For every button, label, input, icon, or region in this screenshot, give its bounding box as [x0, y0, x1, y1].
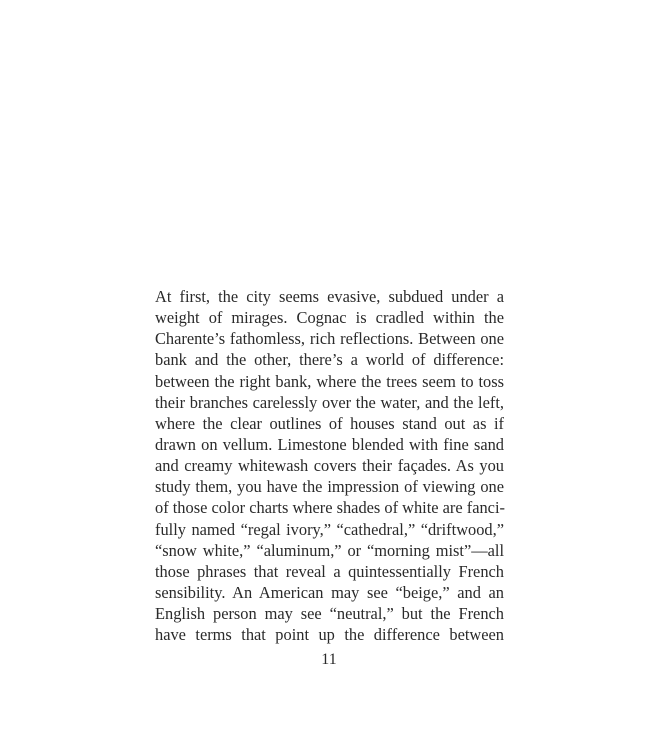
- page-number: 11: [0, 651, 658, 669]
- text-line: drawn on vellum. Limestone blended with …: [155, 434, 504, 455]
- text-line: where the clear outlines of houses stand…: [155, 413, 504, 434]
- text-line: and creamy whitewash covers their façade…: [155, 455, 504, 476]
- text-line: Charente’s fathomless, rich reflections.…: [155, 328, 504, 349]
- text-line: “snow white,” “aluminum,” or “morning mi…: [155, 540, 504, 561]
- text-line: weight of mirages. Cognac is cradled wit…: [155, 307, 504, 328]
- text-line: those phrases that reveal a quintessenti…: [155, 561, 504, 582]
- text-line: sensibility. An American may see “beige,…: [155, 582, 504, 603]
- text-line: of those color charts where shades of wh…: [155, 497, 504, 518]
- body-paragraph: At first, the city seems evasive, subdue…: [155, 286, 504, 645]
- text-line: between the right bank, where the trees …: [155, 371, 504, 392]
- text-line: have terms that point up the difference …: [155, 624, 504, 645]
- text-line: bank and the other, there’s a world of d…: [155, 349, 504, 370]
- text-line: At first, the city seems evasive, subdue…: [155, 286, 504, 307]
- book-page: At first, the city seems evasive, subdue…: [0, 0, 658, 734]
- text-line: their branches carelessly over the water…: [155, 392, 504, 413]
- text-line: study them, you have the impression of v…: [155, 476, 504, 497]
- text-line: English person may see “neutral,” but th…: [155, 603, 504, 624]
- text-line: fully named “regal ivory,” “cathedral,” …: [155, 519, 504, 540]
